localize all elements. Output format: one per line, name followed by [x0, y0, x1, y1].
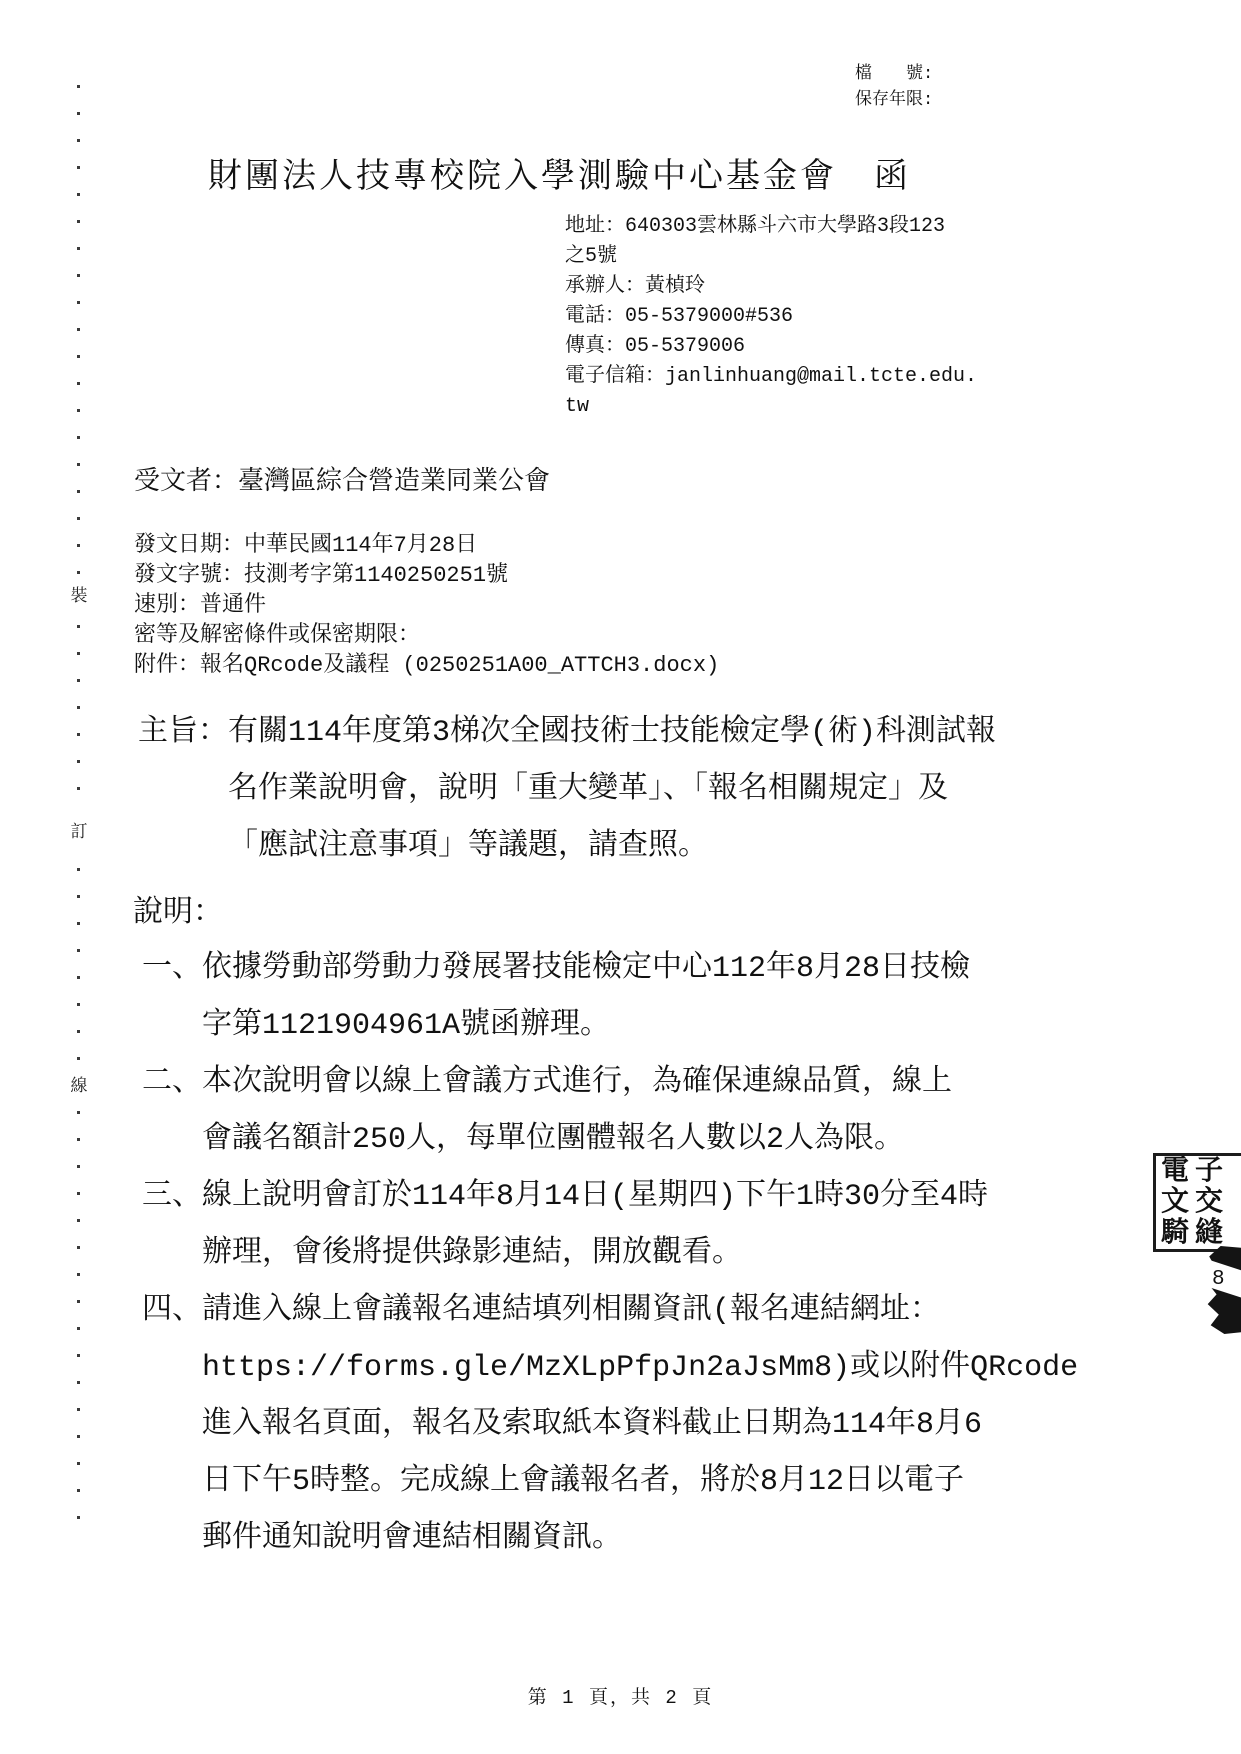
security-class-line: 密等及解密條件或保密期限：: [134, 621, 719, 651]
sender-address-line2: 之5號: [565, 242, 977, 272]
issue-number-line: 發文字號：技測考字第1140250251號: [134, 561, 719, 591]
subject-line-1: 主旨：有關114年度第3梯次全國技術士技能檢定學(術)科測試報: [138, 705, 996, 762]
file-number-block: 檔 號: 保存年限:: [855, 62, 933, 114]
edge-seal-number: 8: [1212, 1268, 1225, 1291]
attachment-line: 附件：報名QRcode及議程 (0250251A00_ATTCH3.docx): [134, 651, 719, 681]
binding-mark-zhuang: 裝: [67, 576, 91, 612]
item-4-line-5: 郵件通知說明會連結相關資訊。: [142, 1511, 1078, 1568]
item-4-line-3: 進入報名頁面，報名及索取紙本資料截止日期為114年8月6: [142, 1397, 1078, 1454]
item-1: 一、依據勞動部勞動力發展署技能檢定中心112年8月28日技檢 字第1121904…: [142, 941, 1078, 1055]
item-3-number: 三、: [142, 1169, 202, 1226]
document-title: 財團法人技專校院入學測驗中心基金會 函: [208, 148, 911, 198]
explanation-items: 一、依據勞動部勞動力發展署技能檢定中心112年8月28日技檢 字第1121904…: [142, 941, 1078, 1568]
item-4: 四、請進入線上會議報名連結填列相關資訊(報名連結網址： https://form…: [142, 1283, 1078, 1568]
explanation-label: 說明：: [133, 886, 223, 931]
binding-dotted-line: [77, 85, 80, 1525]
subject-text-1: 有關114年度第3梯次全國技術士技能檢定學(術)科測試報: [228, 716, 996, 750]
sender-email: 電子信箱：janlinhuang@mail.tcte.edu.: [565, 362, 977, 392]
recipient-line: 受文者：臺灣區綜合營造業同業公會: [134, 460, 550, 497]
item-2: 二、本次說明會以線上會議方式進行，為確保連線品質，線上 會議名額計250人，每單…: [142, 1055, 1078, 1169]
sender-address-line: 地址：640303雲林縣斗六市大學路3段123: [565, 212, 977, 242]
item-3-line-1: 線上說明會訂於114年8月14日(星期四)下午1時30分至4時: [202, 1180, 988, 1214]
item-3: 三、線上說明會訂於114年8月14日(星期四)下午1時30分至4時 辦理，會後將…: [142, 1169, 1078, 1283]
item-1-number: 一、: [142, 941, 202, 998]
sender-email-line2: tw: [565, 392, 977, 422]
item-1-line-2: 字第1121904961A號函辦理。: [142, 998, 1078, 1055]
stamp-row-3: 騎縫: [1161, 1219, 1241, 1250]
retention-period-label: 保存年限:: [855, 88, 933, 114]
document-meta-block: 發文日期：中華民國114年7月28日 發文字號：技測考字第1140250251號…: [134, 531, 719, 681]
item-2-number: 二、: [142, 1055, 202, 1112]
binding-mark-ding: 訂: [67, 812, 91, 848]
subject-text-2: 名作業說明會，說明「重大變革」、「報名相關規定」及: [138, 762, 996, 819]
subject-text-3: 「應試注意事項」等議題，請查照。: [138, 819, 996, 876]
item-2-line-2: 會議名額計250人，每單位團體報名人數以2人為限。: [142, 1112, 1078, 1169]
item-3-line-2: 辦理，會後將提供錄影連結，開放觀看。: [142, 1226, 1078, 1283]
issue-date-line: 發文日期：中華民國114年7月28日: [134, 531, 719, 561]
sender-phone: 電話：05-5379000#536: [565, 302, 977, 332]
electronic-exchange-riding-seam-stamp: 電子 文交 騎縫: [1153, 1153, 1241, 1252]
item-4-line-1: 請進入線上會議報名連結填列相關資訊(報名連結網址：: [202, 1294, 940, 1328]
file-number-label: 檔 號:: [855, 62, 933, 88]
page-footer: 第 1 頁，共 2 頁: [0, 1682, 1241, 1709]
sender-contact-person: 承辦人：黃楨玲: [565, 272, 977, 302]
sender-contact-block: 地址：640303雲林縣斗六市大學路3段123 之5號 承辦人：黃楨玲 電話：0…: [565, 212, 977, 422]
item-4-number: 四、: [142, 1283, 202, 1340]
binding-mark-xian: 線: [67, 1066, 91, 1102]
official-letter-page: 裝 訂 線 檔 號: 保存年限: 財團法人技專校院入學測驗中心基金會 函 地址：…: [0, 0, 1241, 1754]
subject-label: 主旨：: [138, 716, 228, 750]
subject-block: 主旨：有關114年度第3梯次全國技術士技能檢定學(術)科測試報 名作業說明會，說…: [138, 705, 996, 876]
stamp-row-1: 電子: [1161, 1157, 1241, 1188]
stamp-row-2: 文交: [1161, 1188, 1241, 1219]
item-4-line-4: 日下午5時整。完成線上會議報名者，將於8月12日以電子: [142, 1454, 1078, 1511]
item-4-line-2: https://forms.gle/MzXLpPfpJn2aJsMm8)或以附件…: [142, 1340, 1078, 1397]
item-2-line-1: 本次說明會以線上會議方式進行，為確保連線品質，線上: [202, 1066, 952, 1100]
speed-class-line: 速別：普通件: [134, 591, 719, 621]
item-1-line-1: 依據勞動部勞動力發展署技能檢定中心112年8月28日技檢: [202, 952, 970, 986]
sender-fax: 傳真：05-5379006: [565, 332, 977, 362]
